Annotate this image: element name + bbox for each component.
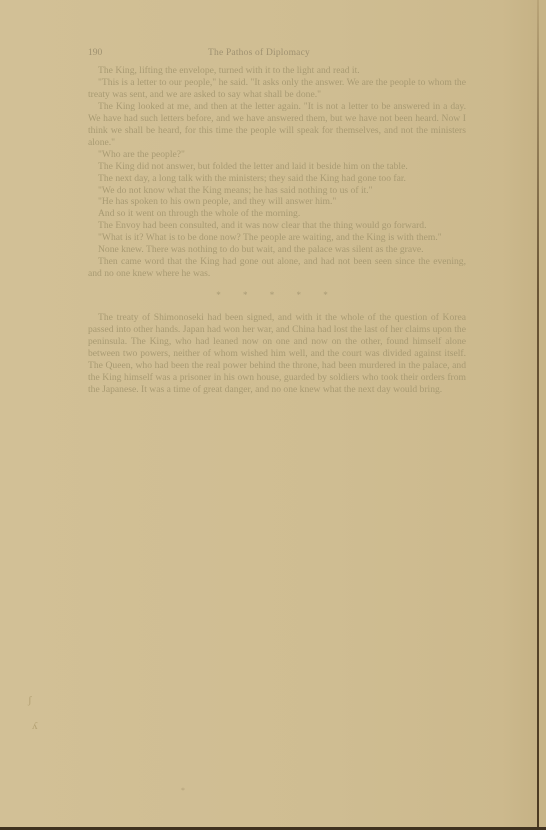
margin-mark: ʃ (28, 694, 32, 706)
running-title: The Pathos of Diplomacy (208, 48, 310, 60)
paragraph: The Envoy had been consulted, and it was… (88, 220, 466, 232)
paragraph: "This is a letter to our people," he sai… (88, 77, 466, 101)
running-head: 190 The Pathos of Diplomacy (88, 48, 466, 62)
paragraph: The King, lifting the envelope, turned w… (88, 65, 466, 77)
paragraph: Then came word that the King had gone ou… (88, 256, 466, 280)
page-text-block: 190 The Pathos of Diplomacy The King, li… (88, 48, 466, 396)
paragraph: The next day, a long talk with the minis… (88, 173, 466, 185)
paragraphs-before-break: The King, lifting the envelope, turned w… (88, 65, 466, 280)
paragraph: None knew. There was nothing to do but w… (88, 244, 466, 256)
book-page: 190 The Pathos of Diplomacy The King, li… (0, 0, 546, 830)
paragraphs-after-break: The treaty of Shimonoseki had been signe… (88, 312, 466, 396)
paragraph: The treaty of Shimonoseki had been signe… (88, 312, 466, 396)
paragraph: "What is it? What is to be done now? The… (88, 232, 466, 244)
paragraph: "We do not know what the King means; he … (88, 185, 466, 197)
facing-page-edge (539, 0, 546, 830)
paragraph: And so it went on through the whole of t… (88, 208, 466, 220)
paragraph: "Who are the people?" (88, 149, 466, 161)
margin-mark: ʎ (32, 720, 38, 732)
paragraph: The King did not answer, but folded the … (88, 161, 466, 173)
paragraph: "He has spoken to his own people, and th… (88, 196, 466, 208)
paragraph: The King looked at me, and then at the l… (88, 101, 466, 149)
page-number: 190 (88, 48, 102, 60)
footer-mark: * (181, 786, 185, 795)
section-break: * * * * * (88, 290, 466, 302)
